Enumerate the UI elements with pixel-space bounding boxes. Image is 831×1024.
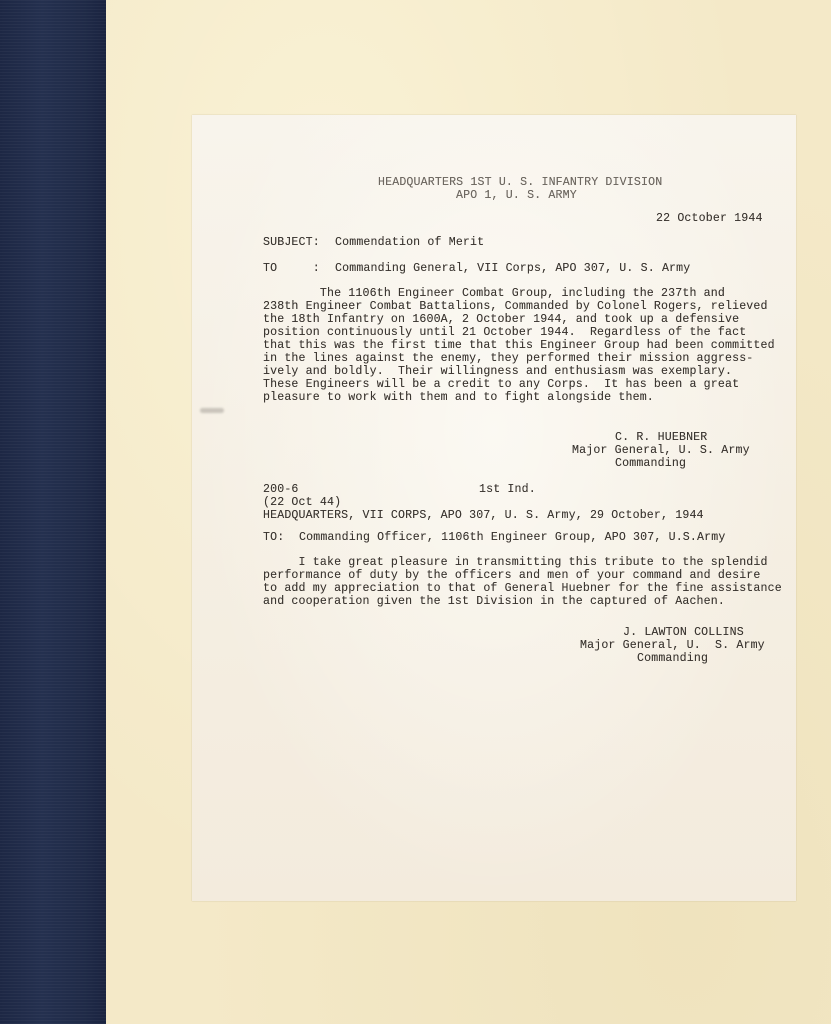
body-line: pleasure to work with them and to fight … [263, 391, 654, 405]
reference-date: (22 Oct 44) [263, 496, 341, 510]
letterhead-line-2: APO 1, U. S. ARMY [456, 189, 577, 203]
signature-rank: Major General, U. S. Army [572, 444, 750, 458]
body-line: 238th Engineer Combat Battalions, Comman… [263, 300, 768, 314]
subject-label: SUBJECT: [263, 236, 320, 250]
body-line: ively and boldly. Their willingness and … [263, 365, 732, 379]
subject-value: Commendation of Merit [335, 236, 484, 250]
signature-name: J. LAWTON COLLINS [623, 626, 744, 640]
body-line: that this was the first time that this E… [263, 339, 775, 353]
indorsement-headquarters: HEADQUARTERS, VII CORPS, APO 307, U. S. … [263, 509, 704, 523]
body-line: position continuously until 21 October 1… [263, 326, 746, 340]
signature-title: Commanding [615, 457, 686, 471]
signature-title: Commanding [637, 652, 708, 666]
to-label: TO : [263, 262, 320, 276]
letterhead-line-1: HEADQUARTERS 1ST U. S. INFANTRY DIVISION [378, 176, 662, 190]
file-number: 200-6 [263, 483, 299, 497]
indorsement-to-label: TO: [263, 531, 284, 545]
signature-rank: Major General, U. S. Army [580, 639, 765, 653]
letter-date: 22 October 1944 [656, 212, 763, 226]
ink-smudge [200, 408, 224, 413]
signature-name: C. R. HUEBNER [615, 431, 707, 445]
indorsement-to-value: Commanding Officer, 1106th Engineer Grou… [299, 531, 725, 545]
body-line: I take great pleasure in transmitting th… [263, 556, 768, 570]
body-line: to add my appreciation to that of Genera… [263, 582, 782, 596]
to-value: Commanding General, VII Corps, APO 307, … [335, 262, 690, 276]
indorsement-label: 1st Ind. [479, 483, 536, 497]
album-binding [0, 0, 106, 1024]
body-line: in the lines against the enemy, they per… [263, 352, 753, 366]
body-line: The 1106th Engineer Combat Group, includ… [263, 287, 725, 301]
body-line: performance of duty by the officers and … [263, 569, 761, 583]
body-line: and cooperation given the 1st Division i… [263, 595, 725, 609]
body-line: These Engineers will be a credit to any … [263, 378, 739, 392]
body-line: the 18th Infantry on 1600A, 2 October 19… [263, 313, 739, 327]
